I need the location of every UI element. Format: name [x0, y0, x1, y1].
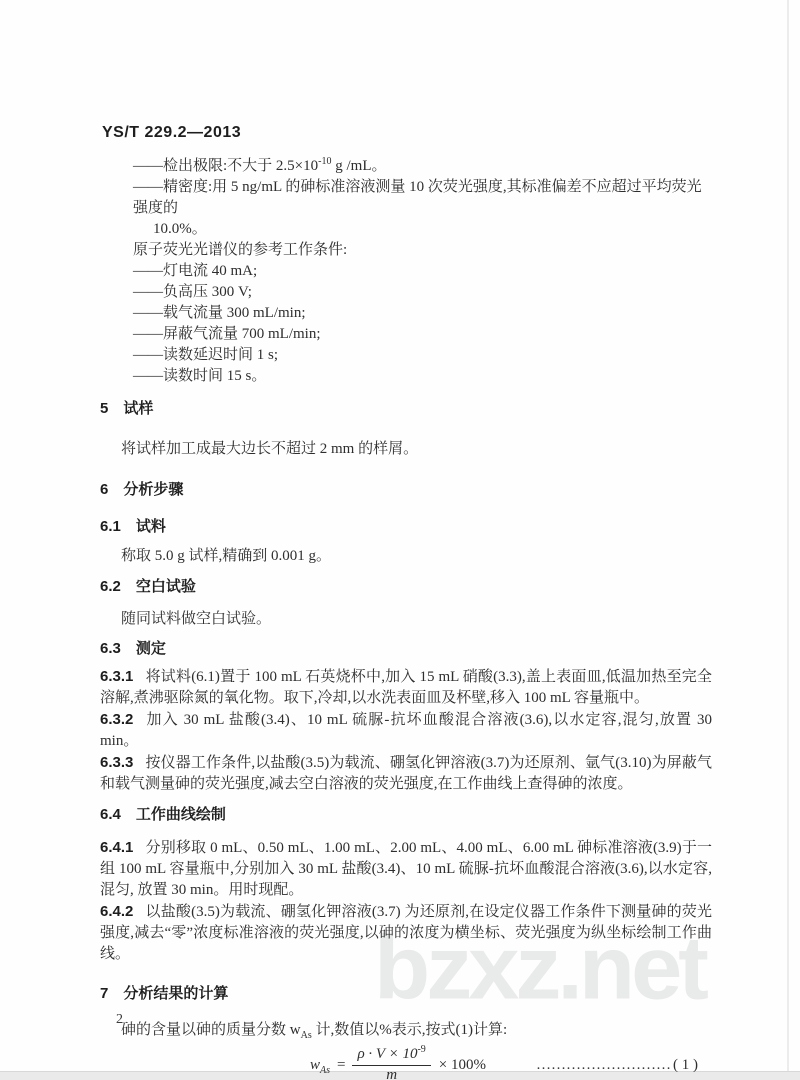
section-title: 分析结果的计算 — [123, 985, 228, 1002]
list-item-carrier-gas-flow: ——载气流量 300 mL/min; — [133, 303, 712, 324]
list-item-lamp-current: ——灯电流 40 mA; — [133, 261, 712, 282]
section-title: 分析步骤 — [123, 481, 183, 498]
clause-number: 6.3.1 — [100, 668, 133, 685]
formula-leader-dots: ……………………… — [536, 1055, 671, 1076]
mass-fraction-subscript: As — [301, 1030, 312, 1041]
section-heading-7: 7分析结果的计算 — [100, 983, 712, 1004]
formula-fraction: ρ · V × 10-9 m — [352, 1045, 430, 1080]
section-heading-6-2: 6.2空白试验 — [100, 576, 712, 597]
list-item-detection-limit: ——检出极限:不大于 2.5×10-10 g /mL。 — [133, 156, 712, 177]
section-title: 试料 — [136, 518, 166, 535]
clause-6-4-2: 6.4.2以盐酸(3.5)为载流、硼氢化钾溶液(3.7) 为还原剂,在设定仪器工… — [100, 901, 712, 965]
scan-edge-line — [787, 0, 789, 1080]
clause-text: 分别移取 0 mL、0.50 mL、1.00 mL、2.00 mL、4.00 m… — [100, 840, 712, 898]
detection-limit-post: g /mL。 — [331, 158, 386, 174]
detection-limit-pre: ——检出极限:不大于 2.5×10 — [133, 158, 318, 174]
document-page: bzxz.net YS/T 229.2—2013 ——检出极限:不大于 2.5×… — [0, 0, 800, 1080]
section-number: 6.2 — [100, 576, 121, 597]
section-number: 6.4 — [100, 804, 121, 825]
clause-text: 将试料(6.1)置于 100 mL 石英烧杯中,加入 15 mL 硝酸(3.3)… — [100, 669, 712, 706]
precision-line-2: 10.0%。 — [133, 219, 712, 240]
standard-number: YS/T 229.2—2013 — [102, 122, 712, 144]
section-heading-5: 5试样 — [100, 398, 712, 419]
clause-text: 加入 30 mL 盐酸(3.4)、10 mL 硫脲-抗坏血酸混合溶液(3.6),… — [100, 712, 712, 749]
page-content: YS/T 229.2—2013 ——检出极限:不大于 2.5×10-10 g /… — [100, 122, 712, 1080]
formula-denominator: m — [386, 1066, 397, 1080]
section-title: 工作曲线绘制 — [136, 806, 226, 823]
clause-6-3-2: 6.3.2加入 30 mL 盐酸(3.4)、10 mL 硫脲-抗坏血酸混合溶液(… — [100, 709, 712, 752]
list-item-precision: ——精密度:用 5 ng/mL 的砷标准溶液测量 10 次荧光强度,其标准偏差不… — [133, 177, 712, 240]
formula-lhs-subscript: As — [320, 1065, 330, 1076]
clause-number: 6.4.1 — [100, 839, 133, 856]
formula-lhs: wAs — [310, 1055, 330, 1076]
section-title: 空白试验 — [136, 578, 196, 595]
section-number: 7 — [100, 983, 108, 1004]
list-item-shield-gas-flow: ——屏蔽气流量 700 mL/min; — [133, 324, 712, 345]
formula-numerator-text: ρ · V × 10 — [357, 1046, 417, 1062]
section-number: 6.1 — [100, 516, 121, 537]
section-title: 试样 — [123, 400, 153, 417]
section-number: 5 — [100, 398, 108, 419]
paragraph-blank-test: 随同试料做空白试验。 — [100, 609, 712, 630]
conditions-list: ——检出极限:不大于 2.5×10-10 g /mL。 ——精密度:用 5 ng… — [133, 156, 712, 387]
clause-6-3-3: 6.3.3按仪器工作条件,以盐酸(3.5)为载流、硼氢化钾溶液(3.7)为还原剂… — [100, 752, 712, 795]
section-heading-6: 6分析步骤 — [100, 479, 712, 500]
formula-lhs-base: w — [310, 1057, 320, 1073]
detection-limit-exponent: -10 — [318, 156, 331, 167]
list-item-negative-voltage: ——负高压 300 V; — [133, 282, 712, 303]
calc-intro-pre: 砷的含量以砷的质量分数 w — [121, 1022, 301, 1038]
paragraph-test-portion: 称取 5.0 g 试样,精确到 0.001 g。 — [100, 546, 712, 567]
clause-number: 6.3.3 — [100, 754, 133, 771]
formula-equals: = — [337, 1055, 345, 1076]
section-heading-6-4: 6.4工作曲线绘制 — [100, 804, 712, 825]
formula-numerator: ρ · V × 10-9 — [352, 1045, 430, 1066]
clause-6-4-1: 6.4.1分别移取 0 mL、0.50 mL、1.00 mL、2.00 mL、4… — [100, 837, 712, 901]
formula-equation-number: ( 1 ) — [673, 1055, 698, 1076]
clause-text: 以盐酸(3.5)为载流、硼氢化钾溶液(3.7) 为还原剂,在设定仪器工作条件下测… — [100, 904, 712, 962]
formula-multiplier: × 100% — [439, 1055, 486, 1076]
page-number: 2 — [116, 1012, 123, 1028]
clause-text: 按仪器工作条件,以盐酸(3.5)为载流、硼氢化钾溶液(3.7)为还原剂、氩气(3… — [100, 755, 712, 792]
precision-line-1: ——精密度:用 5 ng/mL 的砷标准溶液测量 10 次荧光强度,其标准偏差不… — [133, 177, 712, 219]
formula-1: wAs = ρ · V × 10-9 m × 100% ……………………… ( … — [310, 1045, 712, 1080]
calc-intro-post: 计,数值以%表示,按式(1)计算: — [312, 1022, 507, 1038]
list-item-read-time: ——读数时间 15 s。 — [133, 366, 712, 387]
reference-conditions-lead: 原子荧光光谱仪的参考工作条件: — [133, 240, 712, 261]
paragraph-sample-prep: 将试样加工成最大边长不超过 2 mm 的样屑。 — [100, 439, 712, 460]
paragraph-calculation-intro: 砷的含量以砷的质量分数 wAs 计,数值以%表示,按式(1)计算: — [100, 1020, 712, 1041]
clause-number: 6.4.2 — [100, 903, 133, 920]
section-title: 测定 — [136, 640, 166, 657]
formula-numerator-exponent: -9 — [417, 1044, 425, 1055]
section-number: 6 — [100, 479, 108, 500]
clause-number: 6.3.2 — [100, 711, 133, 728]
list-item-read-delay: ——读数延迟时间 1 s; — [133, 345, 712, 366]
section-number: 6.3 — [100, 638, 121, 659]
clause-6-3-1: 6.3.1将试料(6.1)置于 100 mL 石英烧杯中,加入 15 mL 硝酸… — [100, 666, 712, 709]
section-heading-6-3: 6.3测定 — [100, 638, 712, 659]
section-heading-6-1: 6.1试料 — [100, 516, 712, 537]
